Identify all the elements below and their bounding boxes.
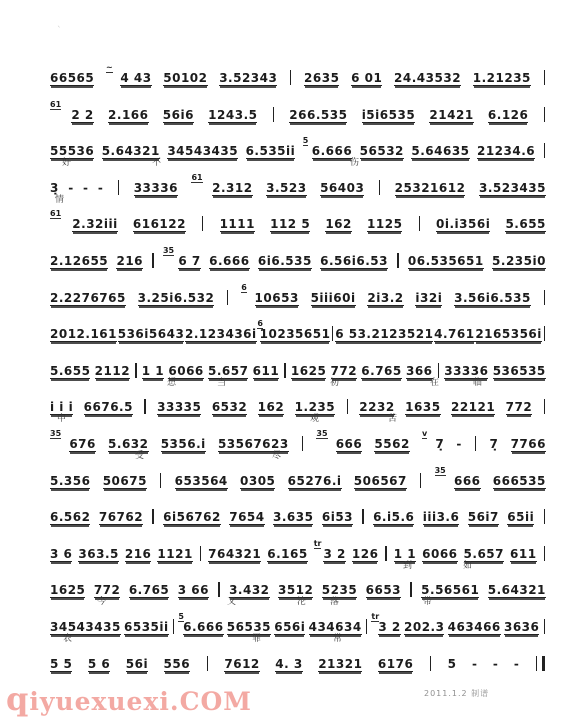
sheet-music-page: ` 66565~4 43501023.5234326356 0124.43532… — [0, 0, 562, 720]
barline — [385, 546, 386, 561]
note-group: 6 7 — [178, 255, 200, 269]
note-group: 656i — [274, 621, 305, 635]
note-group: 6i6.535 — [258, 255, 312, 269]
note-group: 50102 — [163, 72, 207, 86]
grace-note-ornament: 35 — [435, 467, 446, 476]
grace-note-ornament: 35 — [316, 430, 327, 439]
barline — [362, 509, 363, 524]
grace-note-ornament: 5 — [303, 137, 309, 146]
note-group: 616122 — [133, 218, 186, 232]
note-group: 5 5 — [50, 658, 72, 672]
note-group: 2165356i — [475, 328, 542, 342]
note-row: 345434356535ii56.66656535656i434634tr3 2… — [0, 613, 562, 635]
score-line: 5.65521121 160665.65761116257726.7653663… — [0, 357, 562, 394]
grace-note-ornament: 6 — [241, 284, 247, 293]
note-row: 3 6363.521611217643216.165tr3 21261 1606… — [0, 540, 562, 562]
barline — [302, 436, 303, 451]
note-group: 6.56i6.53 — [320, 255, 388, 269]
note-group: - — [472, 658, 477, 672]
note-group: - — [493, 658, 498, 672]
note-group: 7̣ — [435, 438, 444, 452]
lyric-char: 不 — [152, 159, 161, 168]
note-group: 56535 — [227, 621, 271, 635]
score-line: 612 22.16656i61243.5266.535i5i6535214216… — [0, 101, 562, 138]
score-line: 5.35650675653564030565276.i5065673566666… — [0, 467, 562, 504]
lyric-char: 当 — [217, 379, 226, 388]
note-group: 6i56762 — [163, 511, 221, 525]
barline — [420, 473, 421, 488]
note-group: 6.666 — [209, 255, 249, 269]
note-group: 3.25i6.532 — [138, 292, 215, 306]
note-group: 2112 — [95, 365, 130, 379]
note-group: 76762 — [99, 511, 143, 525]
score-line: 2.22767653.25i6.5326106535iii60i2i3.2i32… — [0, 284, 562, 321]
note-group: 33336 — [134, 182, 178, 196]
note-group: 162 — [325, 218, 352, 232]
note-group: 463466 — [448, 621, 501, 635]
note-group: 10653 — [255, 292, 299, 306]
note-group: 611 — [253, 365, 280, 379]
note-row: 66565~4 43501023.5234326356 0124.435321.… — [0, 64, 562, 86]
lyric-char: 沦 — [297, 598, 306, 607]
note-group: 3.523 — [266, 182, 306, 196]
note-group: 6535ii — [124, 621, 169, 635]
note-row: 5 55 656i55676124. 32132161765--- — [0, 650, 562, 672]
note-group: 5356.i — [161, 438, 206, 452]
barline — [273, 107, 274, 122]
lyric-char: 受 — [135, 452, 144, 461]
note-group: 764321 — [208, 548, 261, 562]
barline — [284, 363, 285, 378]
note-group: 666 — [454, 475, 481, 489]
note-group: 56i6 — [163, 109, 194, 123]
note-group: 6532 — [212, 401, 247, 415]
note-group: 666535 — [493, 475, 546, 489]
note-group: 1243.5 — [208, 109, 257, 123]
note-group: 6066 — [168, 365, 203, 379]
lyric-char: 观 — [310, 415, 319, 424]
score: 66565~4 43501023.5234326356 0124.435321.… — [0, 64, 562, 686]
barline — [347, 399, 348, 414]
grace-note-ornament: 35 — [163, 247, 174, 256]
note-group: 21421 — [429, 109, 473, 123]
lyric-char: 想 — [167, 379, 176, 388]
note-group: 126 — [352, 548, 379, 562]
note-group: 6.i5.6 — [373, 511, 414, 525]
note-group: 24.43532 — [394, 72, 461, 86]
score-line: 345434356535ii56.66656535656i434634tr3 2… — [0, 613, 562, 650]
lyric-char: 伤 — [350, 159, 359, 168]
barline — [430, 656, 431, 671]
note-group: 2.2276765 — [50, 292, 126, 306]
grace-note-ornament: 61 — [50, 101, 61, 110]
note-group: 536i5643 — [118, 328, 185, 342]
note-row: 5.65521121 160665.65761116257726.7653663… — [0, 357, 562, 379]
note-group: 6 01 — [351, 72, 382, 86]
note-row: 6.562767626i5676276543.6356i536.i5.6iii3… — [0, 503, 562, 525]
lyric-char: 今 — [97, 598, 106, 607]
note-group: 2 2 — [71, 109, 93, 123]
score-line: 612.32iii6161221111112 516211250i.i356i5… — [0, 210, 562, 247]
note-group: 1121 — [157, 548, 192, 562]
lyric-char: 如 — [463, 562, 472, 571]
note-group: 65ii — [507, 511, 534, 525]
barline — [218, 582, 219, 597]
barline — [200, 546, 201, 561]
score-line: 5 55 656i55676124. 32132161765--- — [0, 650, 562, 687]
note-group: 1 1 — [142, 365, 164, 379]
barline — [152, 509, 153, 524]
barline — [419, 216, 420, 231]
note-group: 434634 — [309, 621, 362, 635]
note-group: 3636 — [504, 621, 539, 635]
note-group: 6.165 — [267, 548, 307, 562]
note-group: 56403 — [320, 182, 364, 196]
barline — [544, 107, 545, 122]
lyric-char: 情 — [55, 196, 64, 205]
grace-note-ornament: 35 — [50, 430, 61, 439]
note-group: 3512 — [278, 584, 313, 598]
note-group: 7654 — [229, 511, 264, 525]
note-group: 3 6 — [50, 548, 72, 562]
note-group: 33336 — [444, 365, 488, 379]
score-line: 3̣ - - -33336612.3123.52356403253216123.… — [0, 174, 562, 211]
note-group: 5562 — [374, 438, 409, 452]
note-group: 7766 — [511, 438, 546, 452]
note-row: 3̣ - - -33336612.3123.52356403253216123.… — [0, 174, 562, 196]
barline — [227, 290, 228, 305]
note-row: 2012.161536i56432.123436i6102356516 53.2… — [0, 320, 562, 342]
note-group: 2.166 — [108, 109, 148, 123]
note-group: 3.635 — [273, 511, 313, 525]
note-group: 216 — [116, 255, 143, 269]
note-group: 6676.5 — [84, 401, 133, 415]
barline — [544, 290, 545, 305]
barline — [544, 619, 545, 634]
note-group: 112 5 — [270, 218, 310, 232]
note-group: 21234.6 — [477, 145, 535, 159]
grace-note-ornament: tr — [314, 540, 322, 549]
note-row: 612.32iii6161221111112 516211250i.i356i5… — [0, 210, 562, 232]
barline — [135, 363, 136, 378]
score-line: 2.12655216356 76.6666i6.5356.56i6.5306.5… — [0, 247, 562, 284]
lyric-char: 尽 — [272, 452, 281, 461]
note-group: 53567623 — [218, 438, 289, 452]
barline — [544, 70, 545, 85]
barline — [544, 509, 545, 524]
grace-note-ornament: 61 — [191, 174, 202, 183]
lyric-char: 常 — [333, 635, 342, 644]
note-group: 366 — [406, 365, 433, 379]
lyric-char: 到 — [403, 562, 412, 571]
score-line: 16257726.7653 663.4323512523566535.56561… — [0, 576, 562, 613]
barline — [544, 143, 545, 158]
note-group: 5 — [448, 658, 457, 672]
lyric-char: 中 — [57, 415, 66, 424]
note-group: 3.56i6.535 — [454, 292, 531, 306]
note-group: 4 43 — [120, 72, 151, 86]
note-group: 34543435 — [167, 145, 238, 159]
lyric-char: 农 — [63, 635, 72, 644]
watermark-rest: iyuexuexi.COM — [29, 687, 252, 716]
note-group: 6066 — [422, 548, 457, 562]
note-group: 5.356 — [50, 475, 90, 489]
note-group: 66565 — [50, 72, 94, 86]
barline — [332, 326, 333, 341]
note-group: 3 2 — [378, 621, 400, 635]
barline — [544, 326, 545, 341]
grace-note-ornament: 61 — [50, 210, 61, 219]
barline — [173, 619, 174, 634]
note-group: 5.655 — [505, 218, 545, 232]
barline — [152, 253, 153, 268]
lyric-char: 罪 — [252, 635, 261, 644]
barline — [144, 399, 145, 414]
note-group: 06.535651 — [408, 255, 484, 269]
note-group: iii3.6 — [423, 511, 460, 525]
note-group: 25321612 — [395, 182, 466, 196]
note-group: 3̣ - - - — [50, 182, 103, 196]
note-group: 506567 — [354, 475, 407, 489]
note-group: 0i.i356i — [436, 218, 490, 232]
note-group: 0305 — [240, 475, 275, 489]
note-group: 21321 — [318, 658, 362, 672]
note-group: 65276.i — [288, 475, 342, 489]
grace-note-ornament: v — [422, 430, 427, 439]
lyric-char: 又 — [227, 598, 236, 607]
note-group: 5.235i0 — [492, 255, 546, 269]
note-group: 50675 — [103, 475, 147, 489]
note-group: 266.535 — [289, 109, 347, 123]
note-group: 6176 — [378, 658, 413, 672]
note-row: 612 22.16656i61243.5266.535i5i6535214216… — [0, 101, 562, 123]
note-group: 2i3.2 — [367, 292, 403, 306]
note-group: - — [514, 658, 519, 672]
note-group: 1 1 — [394, 548, 416, 562]
note-group: 56i7 — [468, 511, 499, 525]
note-group: 2.312 — [212, 182, 252, 196]
note-group: 666 — [336, 438, 363, 452]
note-group: 2.32iii — [72, 218, 117, 232]
note-group: 5iii60i — [311, 292, 356, 306]
barline — [207, 656, 208, 671]
note-group: 611 — [510, 548, 537, 562]
note-group: 5235 — [322, 584, 357, 598]
note-row: i i i6676.53333565321621.235223216352212… — [0, 393, 562, 415]
note-group: 772 — [506, 401, 533, 415]
note-group: 5.657 — [464, 548, 504, 562]
note-group: 1125 — [367, 218, 402, 232]
score-line: 3 6363.521611217643216.165tr3 21261 1606… — [0, 540, 562, 577]
lyric-char: 苦 — [388, 415, 397, 424]
watermark-initial: q — [6, 680, 29, 718]
barline — [438, 363, 439, 378]
note-row: 2.22767653.25i6.5326106535iii60i2i3.2i32… — [0, 284, 562, 306]
note-group: i32i — [415, 292, 442, 306]
note-row: 5.35650675653564030565276.i5065673566666… — [0, 467, 562, 489]
note-group: 536535 — [493, 365, 546, 379]
note-group: 5 6 — [88, 658, 110, 672]
note-row: 356765.6325356.i53567623356665562v7̣-7̣7… — [0, 430, 562, 452]
note-group: 6.666 — [312, 145, 352, 159]
note-group: 202.3 — [404, 621, 444, 635]
grace-note-ornament: ~ — [106, 64, 113, 73]
footer-note: 2011.1.2 制谱 — [424, 688, 489, 699]
note-group: 55536 — [50, 145, 94, 159]
note-group: 772 — [331, 365, 358, 379]
watermark: qiyuexuexi.COM — [6, 683, 252, 715]
barline — [290, 70, 291, 85]
note-group: 7̣ — [490, 438, 499, 452]
note-group: 4.761 — [434, 328, 474, 342]
note-group: 1625 — [50, 584, 85, 598]
lyric-char: 落 — [330, 598, 339, 607]
note-group: 5.655 — [50, 365, 90, 379]
score-line: 66565~4 43501023.5234326356 0124.435321.… — [0, 64, 562, 101]
note-group: 216 — [125, 548, 152, 562]
barline — [410, 582, 411, 597]
note-group: 2.123436i — [185, 328, 257, 342]
note-group: 34543435 — [50, 621, 121, 635]
barline — [397, 253, 398, 268]
final-barline — [536, 656, 545, 671]
note-group: 6.765 — [361, 365, 401, 379]
note-group: 3 66 — [178, 584, 209, 598]
score-line: i i i6676.53333565321621.235223216352212… — [0, 393, 562, 430]
note-group: 6.666 — [183, 621, 223, 635]
barline — [475, 436, 476, 451]
barline — [544, 546, 545, 561]
note-group: 33335 — [157, 401, 201, 415]
barline — [366, 619, 367, 634]
barline — [544, 399, 545, 414]
note-group: 1625 — [291, 365, 326, 379]
note-group: 6653 — [366, 584, 401, 598]
note-group: 162 — [258, 401, 285, 415]
note-group: 56532 — [360, 145, 404, 159]
note-group: 1111 — [220, 218, 255, 232]
lyric-char: 好 — [62, 159, 71, 168]
note-group: i5i6535 — [362, 109, 415, 123]
note-group: 22121 — [451, 401, 495, 415]
note-group: 3.523435 — [479, 182, 546, 196]
score-line: 356765.6325356.i53567623356665562v7̣-7̣7… — [0, 430, 562, 467]
note-row: 555365.64321345434356.535ii56.666565325.… — [0, 137, 562, 159]
note-group: 1.21235 — [473, 72, 531, 86]
note-group: 363.5 — [78, 548, 118, 562]
lyric-char: 临 — [473, 379, 482, 388]
note-group: 6.562 — [50, 511, 90, 525]
note-group: 2012.161 — [50, 328, 117, 342]
note-group: 4. 3 — [275, 658, 302, 672]
note-group: 676 — [69, 438, 96, 452]
note-group: 3 2 — [323, 548, 345, 562]
note-group: 2.12655 — [50, 255, 108, 269]
note-group: 10235651 — [260, 328, 331, 342]
note-group: 5.64635 — [411, 145, 469, 159]
note-group: 3.52343 — [219, 72, 277, 86]
barline — [118, 180, 119, 195]
score-line: 555365.64321345434356.535ii56.666565325.… — [0, 137, 562, 174]
note-group: - — [456, 438, 461, 452]
note-group: 7612 — [224, 658, 259, 672]
barline — [160, 473, 161, 488]
lyric-char: 在 — [430, 379, 439, 388]
note-group: 5.657 — [208, 365, 248, 379]
lyric-char: 初 — [330, 379, 339, 388]
barline — [202, 216, 203, 231]
scan-smudge: ` — [57, 26, 65, 36]
note-row: 2.12655216356 76.6666i6.5356.56i6.5306.5… — [0, 247, 562, 269]
note-group: 6 53.2123521 — [335, 328, 433, 342]
note-row: 16257726.7653 663.4323512523566535.56561… — [0, 576, 562, 598]
barline — [379, 180, 380, 195]
note-group: 56i — [126, 658, 148, 672]
note-group: 653564 — [175, 475, 228, 489]
note-group: 6.126 — [488, 109, 528, 123]
note-group: 1635 — [405, 401, 440, 415]
note-group: 5.632 — [108, 438, 148, 452]
note-group: 6.765 — [129, 584, 169, 598]
note-group: 556 — [164, 658, 191, 672]
score-line: 6.562767626i5676276543.6356i536.i5.6iii3… — [0, 503, 562, 540]
lyric-char: 带 — [423, 598, 432, 607]
score-line: 2012.161536i56432.123436i6102356516 53.2… — [0, 320, 562, 357]
note-group: 6i53 — [322, 511, 353, 525]
note-group: 2635 — [304, 72, 339, 86]
note-group: 5.64321 — [488, 584, 546, 598]
note-group: 6.535ii — [246, 145, 296, 159]
